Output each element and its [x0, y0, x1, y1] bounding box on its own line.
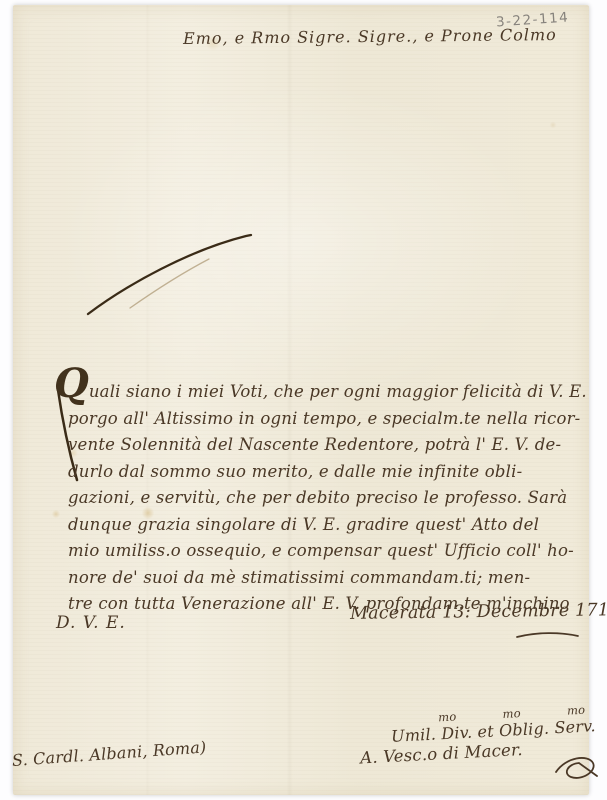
body-line: porgo all' Altissimo in ogni tempo, e sp… — [54, 406, 576, 433]
body-line: vente Solennità del Nascente Redentore, … — [54, 432, 576, 459]
body-line: durlo dal sommo suo merito, e dalle mie … — [54, 459, 576, 486]
body-line: nore de' suoi da mè stimatissimi command… — [54, 565, 576, 592]
dateline: Macerata 13: Decembre 1714. — [350, 600, 607, 624]
body-line: Quali siano i miei Voti, che per ogni ma… — [54, 374, 576, 406]
closing-abbreviation: D. V. E. — [56, 613, 126, 633]
letter-body: Quali siano i miei Voti, che per ogni ma… — [54, 374, 576, 618]
body-line: dunque grazia singolare di V. E. gradire… — [54, 512, 576, 539]
body-line: mio umiliss.o ossequio, e compensar ques… — [54, 538, 576, 565]
body-line: gazioni, e servitù, che per debito preci… — [54, 485, 576, 512]
